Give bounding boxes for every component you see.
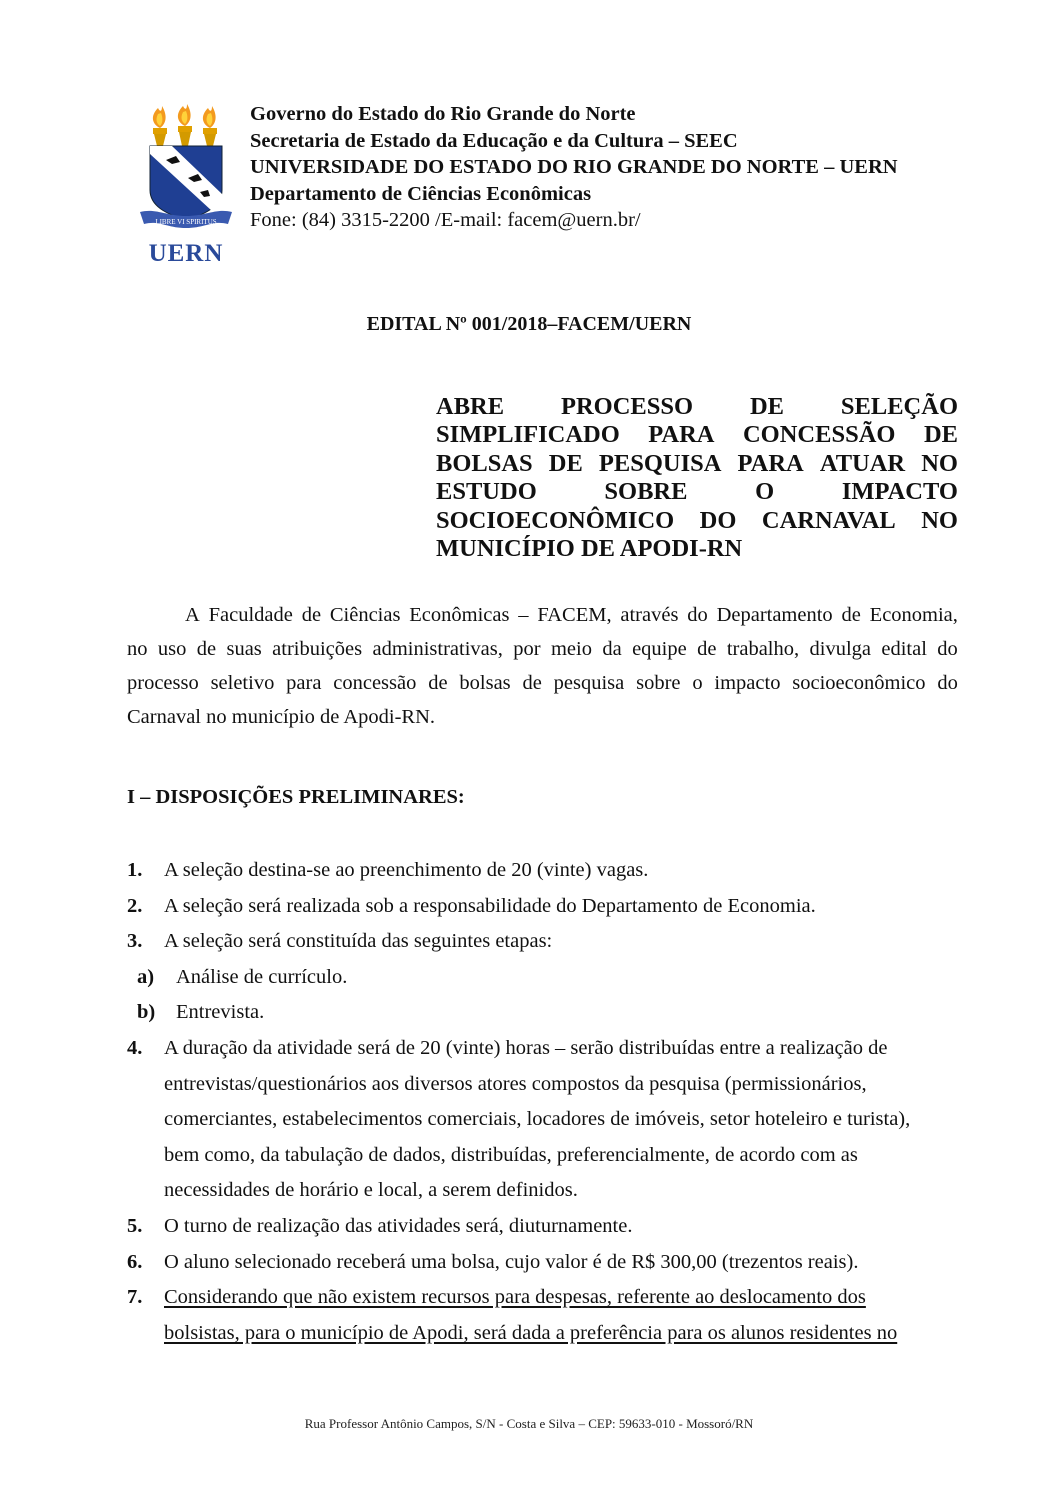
list-item-text: A seleção será constituída das seguintes…: [164, 927, 552, 955]
summary-word: ESTUDO: [436, 478, 537, 506]
edital-title: EDITAL Nº 001/2018–FACEM/UERN: [0, 313, 1058, 336]
institution-header: Governo do Estado do Rio Grande do Norte…: [250, 101, 898, 234]
summary-word: PARA: [738, 450, 804, 478]
list-item-number: 7.: [127, 1283, 142, 1311]
header-line-contact: Fone: (84) 3315-2200 /E-mail: facem@uern…: [250, 207, 898, 234]
list-item-text: Entrevista.: [176, 998, 264, 1026]
summary-word: SIMPLIFICADO: [436, 421, 620, 449]
intro-line: AFaculdadedeCiênciasEconômicas–FACEM,atr…: [127, 598, 958, 632]
header-line-department: Departamento de Ciências Econômicas: [250, 181, 898, 208]
summary-word: DE: [549, 450, 583, 478]
section-title: I – DISPOSIÇÕES PRELIMINARES:: [127, 786, 465, 809]
summary-word: NO: [921, 450, 958, 478]
summary-line: SIMPLIFICADOPARACONCESSÃODE: [436, 421, 958, 449]
list-item-text: O aluno selecionado receberá uma bolsa, …: [164, 1248, 858, 1276]
list-item-text: entrevistas/questionários aos diversos a…: [164, 1070, 867, 1098]
list-item-number: 5.: [127, 1212, 142, 1240]
list-item: bolsistas, para o município de Apodi, se…: [127, 1319, 958, 1355]
list-item-text: Considerando que não existem recursos pa…: [164, 1283, 866, 1311]
summary-word: ABRE: [436, 393, 504, 421]
summary-word: PARA: [648, 421, 714, 449]
list-item-text: necessidades de horário e local, a serem…: [164, 1176, 578, 1204]
list-item-number: a): [137, 963, 154, 991]
summary-word: BOLSAS: [436, 450, 533, 478]
list-item: 6.O aluno selecionado receberá uma bolsa…: [127, 1248, 958, 1284]
list-item-text: bem como, da tabulação de dados, distrib…: [164, 1141, 858, 1169]
intro-line: nousodesuasatribuiçõesadministrativas,po…: [127, 632, 958, 666]
edital-summary: ABREPROCESSODESELEÇÃOSIMPLIFICADOPARACON…: [436, 393, 958, 563]
summary-word: CONCESSÃO: [743, 421, 895, 449]
summary-word: PESQUISA: [599, 450, 722, 478]
list-item: bem como, da tabulação de dados, distrib…: [127, 1141, 958, 1177]
list-item-number: 1.: [127, 856, 142, 884]
summary-word: DE: [750, 393, 784, 421]
list-item-number: 2.: [127, 892, 142, 920]
summary-line: SOCIOECONÔMICODOCARNAVALNO: [436, 507, 958, 535]
summary-word: O: [755, 478, 774, 506]
list-item: 7.Considerando que não existem recursos …: [127, 1283, 958, 1319]
summary-word: DE: [924, 421, 958, 449]
summary-line: BOLSASDEPESQUISAPARAATUARNO: [436, 450, 958, 478]
list-item: 1.A seleção destina-se ao preenchimento …: [127, 856, 958, 892]
header-line-university: UNIVERSIDADE DO ESTADO DO RIO GRANDE DO …: [250, 154, 898, 181]
list-item-text: Análise de currículo.: [176, 963, 347, 991]
list-item: b)Entrevista.: [127, 998, 958, 1034]
list-item-text: bolsistas, para o município de Apodi, se…: [164, 1319, 897, 1347]
list-item-number: 6.: [127, 1248, 142, 1276]
summary-word: IMPACTO: [842, 478, 958, 506]
list-item-number: 3.: [127, 927, 142, 955]
summary-word: SELEÇÃO: [841, 393, 958, 421]
footer-address: Rua Professor Antônio Campos, S/N - Cost…: [0, 1416, 1058, 1432]
list-item-number: 4.: [127, 1034, 142, 1062]
list-item: necessidades de horário e local, a serem…: [127, 1176, 958, 1212]
provisions-list: 1.A seleção destina-se ao preenchimento …: [127, 856, 958, 1354]
list-item: entrevistas/questionários aos diversos a…: [127, 1070, 958, 1106]
summary-word: SOBRE: [604, 478, 687, 506]
list-item: 4.A duração da atividade será de 20 (vin…: [127, 1034, 958, 1070]
intro-paragraph: AFaculdadedeCiênciasEconômicas–FACEM,atr…: [127, 598, 958, 734]
list-item-text: A seleção destina-se ao preenchimento de…: [164, 856, 648, 884]
summary-word: SOCIOECONÔMICO: [436, 507, 674, 535]
intro-line: Carnaval no município de Apodi-RN.: [127, 700, 958, 734]
list-item: comerciantes, estabelecimentos comerciai…: [127, 1105, 958, 1141]
summary-word: MUNICÍPIO DE APODI-RN: [436, 535, 742, 563]
header-line-government: Governo do Estado do Rio Grande do Norte: [250, 101, 898, 128]
summary-word: ATUAR: [820, 450, 905, 478]
summary-line: ABREPROCESSODESELEÇÃO: [436, 393, 958, 421]
svg-text:LIBRE VI SPIRITUS: LIBRE VI SPIRITUS: [155, 218, 216, 226]
document-page: LIBRE VI SPIRITUS UERN Governo do Estado…: [0, 0, 1058, 1497]
intro-line: processoseletivoparaconcessãodebolsasdep…: [127, 666, 958, 700]
summary-word: NO: [921, 507, 958, 535]
header-line-secretariat: Secretaria de Estado da Educação e da Cu…: [250, 128, 898, 155]
summary-line: ESTUDOSOBREOIMPACTO: [436, 478, 958, 506]
list-item: 2.A seleção será realizada sob a respons…: [127, 892, 958, 928]
list-item: 5.O turno de realização das atividades s…: [127, 1212, 958, 1248]
summary-word: DO: [700, 507, 737, 535]
list-item-text: O turno de realização das atividades ser…: [164, 1212, 632, 1240]
list-item-text: A duração da atividade será de 20 (vinte…: [164, 1034, 887, 1062]
summary-word: CARNAVAL: [762, 507, 896, 535]
uern-logo: LIBRE VI SPIRITUS UERN: [136, 98, 236, 266]
summary-word: PROCESSO: [561, 393, 693, 421]
summary-line: MUNICÍPIO DE APODI-RN: [436, 535, 958, 563]
list-item-text: A seleção será realizada sob a responsab…: [164, 892, 816, 920]
list-item-text: comerciantes, estabelecimentos comerciai…: [164, 1105, 910, 1133]
list-item-number: b): [137, 998, 155, 1026]
uern-coat-of-arms-icon: LIBRE VI SPIRITUS: [136, 98, 236, 238]
list-item: 3.A seleção será constituída das seguint…: [127, 927, 958, 963]
logo-text: UERN: [136, 240, 236, 268]
list-item: a)Análise de currículo.: [127, 963, 958, 999]
